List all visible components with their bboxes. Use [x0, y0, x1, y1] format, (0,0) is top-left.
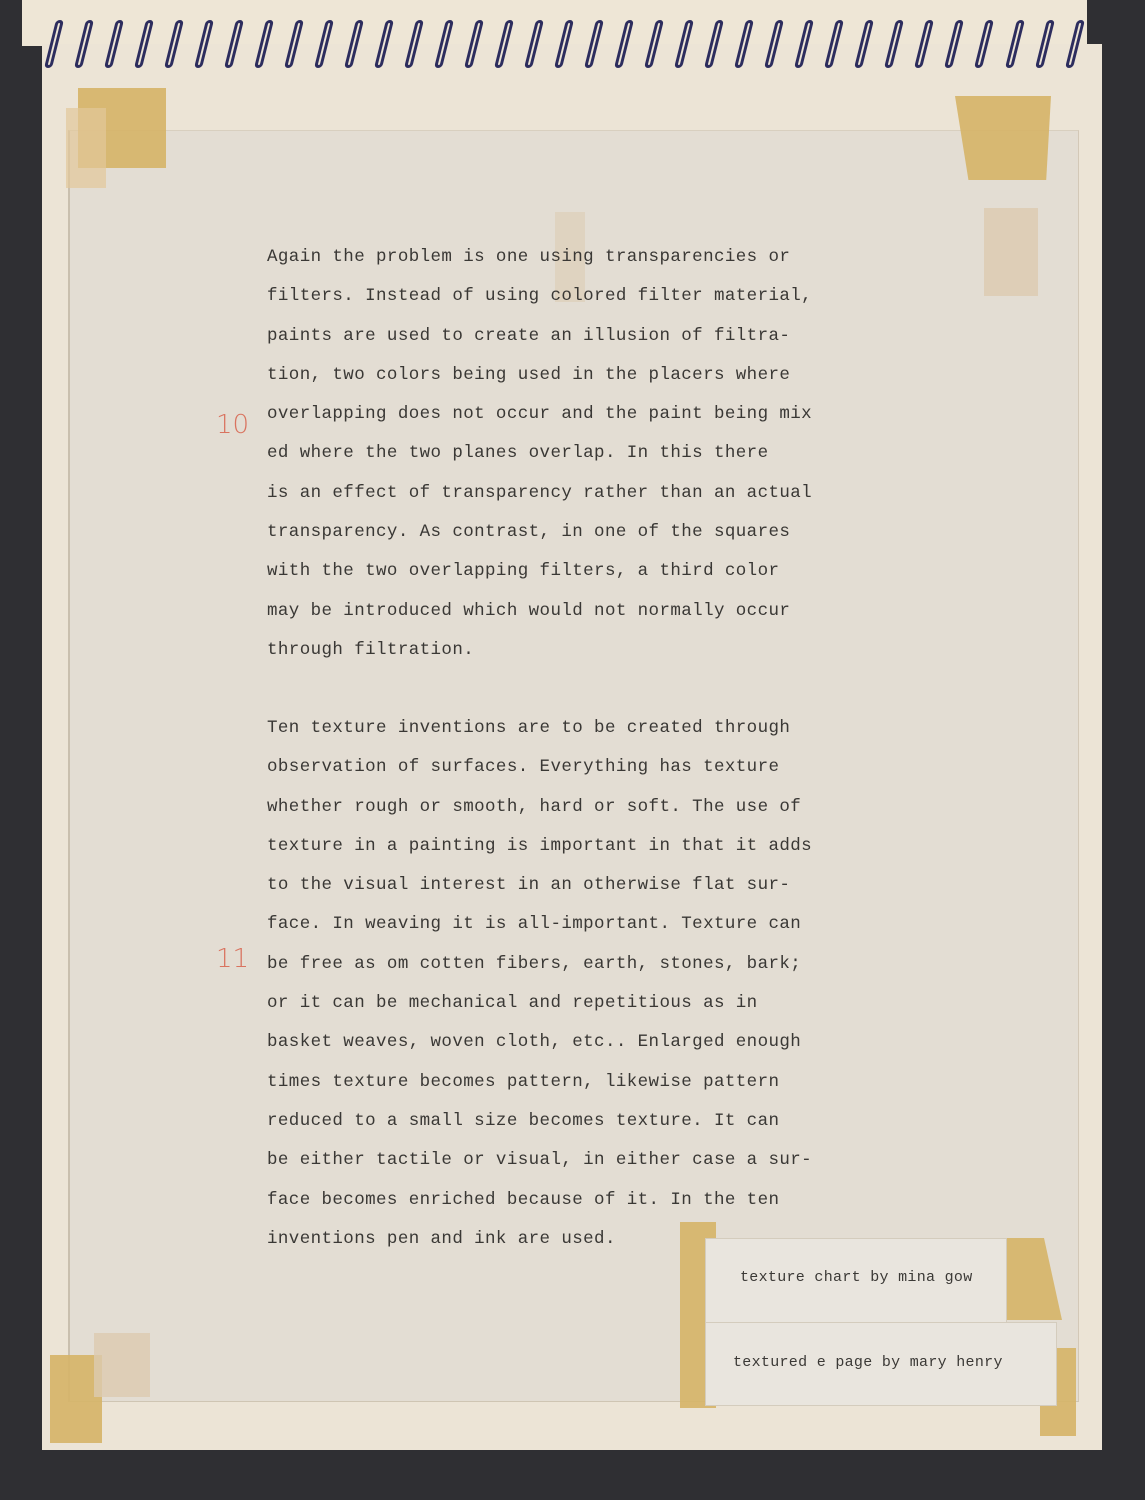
text-line: Again the problem is one using transpare…	[267, 238, 812, 277]
label-textured-page: textured e page by mary henry	[705, 1322, 1057, 1406]
text-line: overlapping does not occur and the paint…	[267, 395, 812, 434]
spiral-coil	[528, 18, 540, 70]
margin-number-10: 10	[216, 410, 249, 440]
tape-bottom-left-faded	[94, 1333, 150, 1397]
spiral-coil	[738, 18, 750, 70]
tape-right-mid	[984, 208, 1038, 296]
spiral-coil	[498, 18, 510, 70]
text-line: through filtration.	[267, 631, 812, 670]
spiral-coil	[318, 18, 330, 70]
text-line: ed where the two planes overlap. In this…	[267, 434, 812, 473]
spiral-coil	[918, 18, 930, 70]
spiral-coil	[258, 18, 270, 70]
spiral-coil	[1039, 18, 1051, 70]
spiral-coil	[228, 18, 240, 70]
spiral-coil	[768, 18, 780, 70]
tape-top-right	[955, 96, 1051, 180]
spiral-coil	[1069, 18, 1081, 70]
tape-top-left-shadow	[66, 108, 106, 188]
spiral-coil	[558, 18, 570, 70]
spiral-coil	[438, 18, 450, 70]
spiral-coil	[108, 18, 120, 70]
spiral-coil	[78, 18, 90, 70]
text-line: tion, two colors being used in the place…	[267, 356, 812, 395]
spiral-binding	[42, 18, 1087, 74]
text-line: filters. Instead of using colored filter…	[267, 277, 812, 316]
spiral-coil	[708, 18, 720, 70]
spiral-coil	[468, 18, 480, 70]
spiral-coil	[588, 18, 600, 70]
spiral-coil	[978, 18, 990, 70]
spiral-coil	[348, 18, 360, 70]
spiral-coil	[648, 18, 660, 70]
text-line: times texture becomes pattern, likewise …	[267, 1063, 812, 1102]
spiral-coil	[678, 18, 690, 70]
paragraph-texture: Ten texture inventions are to be created…	[267, 709, 812, 1259]
spiral-coil	[1009, 18, 1021, 70]
text-line: be free as om cotten fibers, earth, ston…	[267, 945, 812, 984]
paragraph-transparency: Again the problem is one using transpare…	[267, 238, 812, 670]
label-texture-chart: texture chart by mina gow	[705, 1238, 1007, 1324]
spiral-coil	[888, 18, 900, 70]
text-line: face becomes enriched because of it. In …	[267, 1181, 812, 1220]
text-line: whether rough or smooth, hard or soft. T…	[267, 788, 812, 827]
spiral-coil	[618, 18, 630, 70]
spiral-coil	[408, 18, 420, 70]
text-line: paints are used to create an illusion of…	[267, 317, 812, 356]
spiral-coil	[858, 18, 870, 70]
text-line: face. In weaving it is all-important. Te…	[267, 905, 812, 944]
spiral-coil	[828, 18, 840, 70]
text-line: texture in a painting is important in th…	[267, 827, 812, 866]
spiral-coil	[378, 18, 390, 70]
text-line: is an effect of transparency rather than…	[267, 474, 812, 513]
text-line: be either tactile or visual, in either c…	[267, 1141, 812, 1180]
label-textured-page-text: textured e page by mary henry	[733, 1354, 1003, 1371]
text-line: with the two overlapping filters, a thir…	[267, 552, 812, 591]
text-line: basket weaves, woven cloth, etc.. Enlarg…	[267, 1023, 812, 1062]
text-line: or it can be mechanical and repetitious …	[267, 984, 812, 1023]
spiral-coil	[948, 18, 960, 70]
spiral-coil	[798, 18, 810, 70]
spiral-coil	[138, 18, 150, 70]
label-texture-chart-text: texture chart by mina gow	[740, 1269, 973, 1286]
spiral-coil	[168, 18, 180, 70]
text-line: observation of surfaces. Everything has …	[267, 748, 812, 787]
text-line: may be introduced which would not normal…	[267, 592, 812, 631]
text-line: transparency. As contrast, in one of the…	[267, 513, 812, 552]
text-line: reduced to a small size becomes texture.…	[267, 1102, 812, 1141]
spiral-coil	[198, 18, 210, 70]
text-line: Ten texture inventions are to be created…	[267, 709, 812, 748]
text-line: to the visual interest in an otherwise f…	[267, 866, 812, 905]
spiral-coil	[288, 18, 300, 70]
spiral-coil	[48, 18, 60, 70]
margin-number-11: 11	[216, 944, 249, 974]
